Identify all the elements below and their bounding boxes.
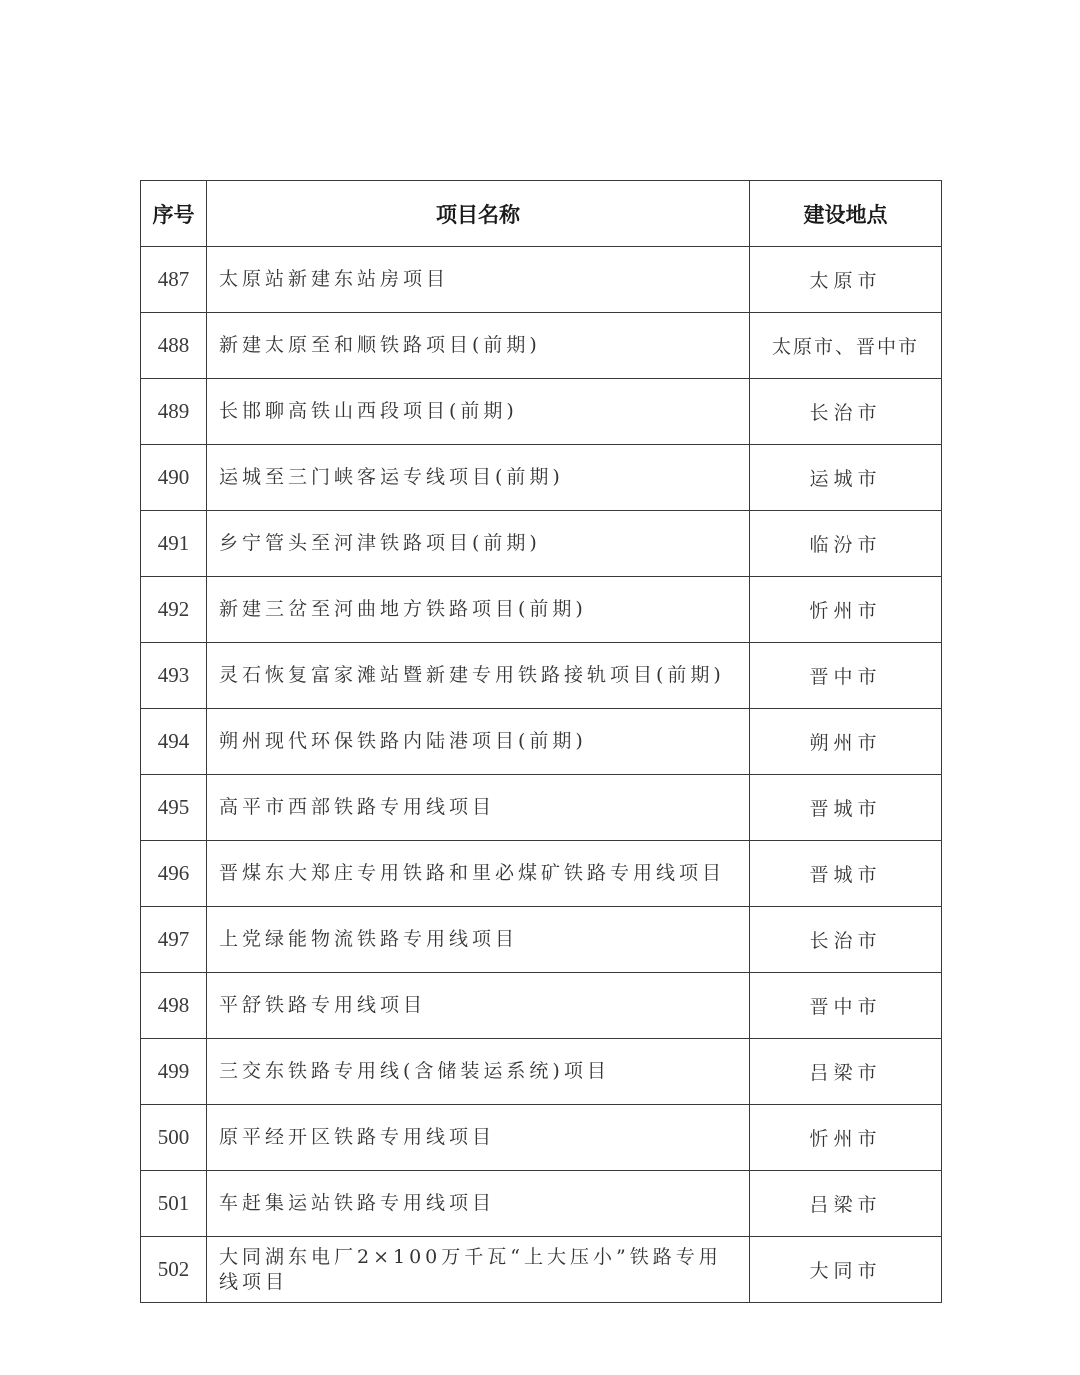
- project-table: 序号 项目名称 建设地点 487 太原站新建东站房项目 太原市 488 新建太原…: [140, 180, 942, 1303]
- row-location: 长治市: [750, 907, 942, 973]
- row-location: 大同市: [750, 1237, 942, 1303]
- row-project-name: 原平经开区铁路专用线项目: [207, 1105, 750, 1171]
- row-serial-number: 493: [141, 643, 207, 709]
- row-project-name: 朔州现代环保铁路内陆港项目(前期): [207, 709, 750, 775]
- row-location: 长治市: [750, 379, 942, 445]
- row-project-name: 太原站新建东站房项目: [207, 247, 750, 313]
- row-project-name: 晋煤东大郑庄专用铁路和里必煤矿铁路专用线项目: [207, 841, 750, 907]
- row-serial-number: 502: [141, 1237, 207, 1303]
- row-project-name: 上党绿能物流铁路专用线项目: [207, 907, 750, 973]
- row-serial-number: 490: [141, 445, 207, 511]
- row-location: 忻州市: [750, 1105, 942, 1171]
- row-location: 忻州市: [750, 577, 942, 643]
- row-project-name: 新建三岔至河曲地方铁路项目(前期): [207, 577, 750, 643]
- row-location: 吕梁市: [750, 1171, 942, 1237]
- row-location: 晋中市: [750, 643, 942, 709]
- header-project-name: 项目名称: [207, 181, 750, 247]
- row-serial-number: 497: [141, 907, 207, 973]
- row-serial-number: 492: [141, 577, 207, 643]
- table-row: 502 大同湖东电厂2×100万千瓦“上大压小”铁路专用线项目 大同市: [141, 1237, 942, 1303]
- table-row: 499 三交东铁路专用线(含储装运系统)项目 吕梁市: [141, 1039, 942, 1105]
- row-location: 吕梁市: [750, 1039, 942, 1105]
- row-serial-number: 496: [141, 841, 207, 907]
- row-project-name: 运城至三门峡客运专线项目(前期): [207, 445, 750, 511]
- table-row: 488 新建太原至和顺铁路项目(前期) 太原市、晋中市: [141, 313, 942, 379]
- row-location: 晋中市: [750, 973, 942, 1039]
- row-location: 太原市: [750, 247, 942, 313]
- row-project-name: 平舒铁路专用线项目: [207, 973, 750, 1039]
- row-project-name: 车赶集运站铁路专用线项目: [207, 1171, 750, 1237]
- table-row: 489 长邯聊高铁山西段项目(前期) 长治市: [141, 379, 942, 445]
- table-row: 493 灵石恢复富家滩站暨新建专用铁路接轨项目(前期) 晋中市: [141, 643, 942, 709]
- row-location: 晋城市: [750, 775, 942, 841]
- row-project-name: 新建太原至和顺铁路项目(前期): [207, 313, 750, 379]
- row-serial-number: 498: [141, 973, 207, 1039]
- row-serial-number: 488: [141, 313, 207, 379]
- table-row: 501 车赶集运站铁路专用线项目 吕梁市: [141, 1171, 942, 1237]
- row-project-name: 三交东铁路专用线(含储装运系统)项目: [207, 1039, 750, 1105]
- row-serial-number: 487: [141, 247, 207, 313]
- table-row: 490 运城至三门峡客运专线项目(前期) 运城市: [141, 445, 942, 511]
- table-row: 491 乡宁管头至河津铁路项目(前期) 临汾市: [141, 511, 942, 577]
- row-serial-number: 501: [141, 1171, 207, 1237]
- header-location: 建设地点: [750, 181, 942, 247]
- table-row: 495 高平市西部铁路专用线项目 晋城市: [141, 775, 942, 841]
- row-serial-number: 494: [141, 709, 207, 775]
- row-location: 晋城市: [750, 841, 942, 907]
- row-project-name: 大同湖东电厂2×100万千瓦“上大压小”铁路专用线项目: [207, 1237, 750, 1303]
- row-serial-number: 500: [141, 1105, 207, 1171]
- row-location: 临汾市: [750, 511, 942, 577]
- row-project-name: 长邯聊高铁山西段项目(前期): [207, 379, 750, 445]
- table-header-row: 序号 项目名称 建设地点: [141, 181, 942, 247]
- row-serial-number: 489: [141, 379, 207, 445]
- table-row: 500 原平经开区铁路专用线项目 忻州市: [141, 1105, 942, 1171]
- table-row: 487 太原站新建东站房项目 太原市: [141, 247, 942, 313]
- row-serial-number: 499: [141, 1039, 207, 1105]
- table-row: 494 朔州现代环保铁路内陆港项目(前期) 朔州市: [141, 709, 942, 775]
- table-row: 496 晋煤东大郑庄专用铁路和里必煤矿铁路专用线项目 晋城市: [141, 841, 942, 907]
- row-serial-number: 491: [141, 511, 207, 577]
- row-location: 太原市、晋中市: [750, 313, 942, 379]
- header-serial-number: 序号: [141, 181, 207, 247]
- table-row: 492 新建三岔至河曲地方铁路项目(前期) 忻州市: [141, 577, 942, 643]
- row-project-name: 乡宁管头至河津铁路项目(前期): [207, 511, 750, 577]
- row-project-name: 灵石恢复富家滩站暨新建专用铁路接轨项目(前期): [207, 643, 750, 709]
- row-serial-number: 495: [141, 775, 207, 841]
- row-location: 朔州市: [750, 709, 942, 775]
- table-row: 498 平舒铁路专用线项目 晋中市: [141, 973, 942, 1039]
- table-row: 497 上党绿能物流铁路专用线项目 长治市: [141, 907, 942, 973]
- row-project-name: 高平市西部铁路专用线项目: [207, 775, 750, 841]
- row-location: 运城市: [750, 445, 942, 511]
